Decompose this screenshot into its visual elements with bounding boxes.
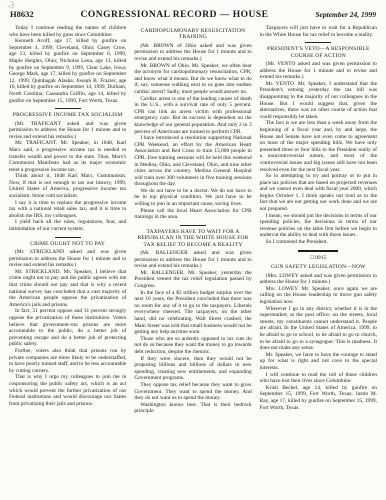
paragraph: Mrs. LOWEY. Mr. Speaker, once again we a… bbox=[260, 286, 377, 306]
section-heading: GUN SAFETY LEGISLATION—NOW bbox=[260, 264, 377, 270]
paragraph: Mr. Speaker, we have to have the courage… bbox=[260, 352, 377, 372]
column-3: Taxpayers will just have to wait for a R… bbox=[260, 25, 377, 415]
paragraph: The fact is we are less than a week away… bbox=[260, 120, 377, 173]
paragraph: Mr. TRAFICANT. Mr. Speaker, in 1848, Kar… bbox=[9, 140, 126, 173]
paragraph: (Mr. TRAFICANT asked and was given permi… bbox=[9, 121, 126, 141]
paragraph: Washington knows best. That is their bed… bbox=[134, 402, 251, 415]
text-columns: Today I continue reading the names of ch… bbox=[0, 20, 386, 415]
paragraph: I say it is time to replace the progress… bbox=[9, 200, 126, 220]
paragraph: In the face of a $3 trillion budget surp… bbox=[134, 290, 251, 336]
paragraph: Mr. VENTO. Mr. Speaker, I understand tha… bbox=[260, 81, 377, 121]
paragraph: (Mr. VENTO asked and was given permissio… bbox=[260, 61, 377, 81]
paragraph: Those who are so ardently opposed to tax… bbox=[134, 336, 251, 356]
time-marker: □ 0915 bbox=[260, 255, 377, 262]
section-heading: PRESIDENT'S VETO—A RESPONSIBLE COURSE OF… bbox=[260, 46, 377, 59]
paragraph: Kenneth Acoff, age 17, killed by gunfire… bbox=[9, 38, 126, 104]
page-header: H8632 CONGRESSIONAL RECORD — HOUSE Septe… bbox=[0, 0, 386, 20]
paragraph: Think about it, 1848 Karl Marx, Communis… bbox=[9, 173, 126, 199]
column-2: CARDIOPULMONARY RESUSCITATION TRAINING(M… bbox=[134, 25, 251, 415]
section-heading: PROGRESSIVE INCOME TAX SOCIALISM bbox=[9, 112, 126, 118]
paragraph: Mr. BROWN of Ohio. Mr. Speaker, we often… bbox=[134, 63, 251, 96]
paragraph: Further, voters also think that prisons … bbox=[9, 348, 126, 374]
page-date: September 24, 1999 bbox=[315, 10, 376, 19]
section-separator bbox=[55, 108, 81, 109]
paragraph: That is why I urge my colleagues to join… bbox=[9, 374, 126, 407]
section-separator bbox=[55, 237, 81, 238]
paragraph: Kristi Beckel, age 14, killed by gunfire… bbox=[260, 385, 377, 411]
paragraph: If they were sincere, then they would no… bbox=[134, 356, 251, 382]
paragraph: (Mrs. LOWEY asked and was given permissi… bbox=[260, 273, 377, 286]
publication-title: CONGRESSIONAL RECORD — HOUSE bbox=[81, 10, 269, 20]
section-separator bbox=[180, 225, 206, 226]
paragraph: Mr. STRICKLAND. Mr. Speaker, I believe t… bbox=[9, 269, 126, 309]
paragraph: Today I continue reading the names of ch… bbox=[9, 25, 126, 38]
paragraph: So in attempting to try and portray or t… bbox=[260, 173, 377, 213]
paragraph: I mean, we should put the decisions in t… bbox=[260, 213, 377, 239]
paragraph: Taxpayers will just have to wait for a R… bbox=[260, 25, 377, 38]
paragraph: (Mr. STRICKLAND asked and was given perm… bbox=[9, 249, 126, 269]
paragraph: I have introduced a resolution supportin… bbox=[134, 135, 251, 188]
paragraph: They oppose tax relief because they want… bbox=[134, 382, 251, 402]
paragraph: I will continue to read the roll of thos… bbox=[260, 372, 377, 385]
paragraph: Wherever I go in any district, whether i… bbox=[260, 306, 377, 352]
section-heading: CARDIOPULMONARY RESUSCITATION TRAINING bbox=[134, 28, 251, 41]
paragraph: Cardiac arrest is one of the leading cau… bbox=[134, 96, 251, 136]
section-heading: TAXPAYERS HAVE TO WAIT FOR A REPUBLICAN … bbox=[134, 229, 251, 248]
paragraph: Please call the local Heart Association … bbox=[134, 208, 251, 221]
congressional-record-page: -3 H8632 CONGRESSIONAL RECORD — HOUSE Se… bbox=[0, 0, 386, 500]
section-heading: CRIME OUGHT NOT TO PAY bbox=[9, 241, 126, 247]
handwritten-mark: -3 bbox=[6, 0, 13, 11]
paragraph: We do not have to be a doctor. We do not… bbox=[134, 188, 251, 208]
section-separator bbox=[305, 42, 331, 43]
paragraph: Mr. BALLENGER. Mr. Speaker, yesterday th… bbox=[134, 270, 251, 290]
section-separator bbox=[298, 250, 338, 252]
column-1: Today I continue reading the names of ch… bbox=[9, 25, 126, 415]
paragraph: (Mr. BROWN of Ohio asked and was given p… bbox=[134, 43, 251, 63]
paragraph: In fact, 51 percent oppose and 31 percen… bbox=[9, 308, 126, 348]
paragraph: So I commend the President. bbox=[260, 239, 377, 246]
paragraph: (Mr. BALLENGER asked and was given permi… bbox=[134, 250, 251, 270]
paragraph: I yield back all the rules, regulations,… bbox=[9, 219, 126, 232]
